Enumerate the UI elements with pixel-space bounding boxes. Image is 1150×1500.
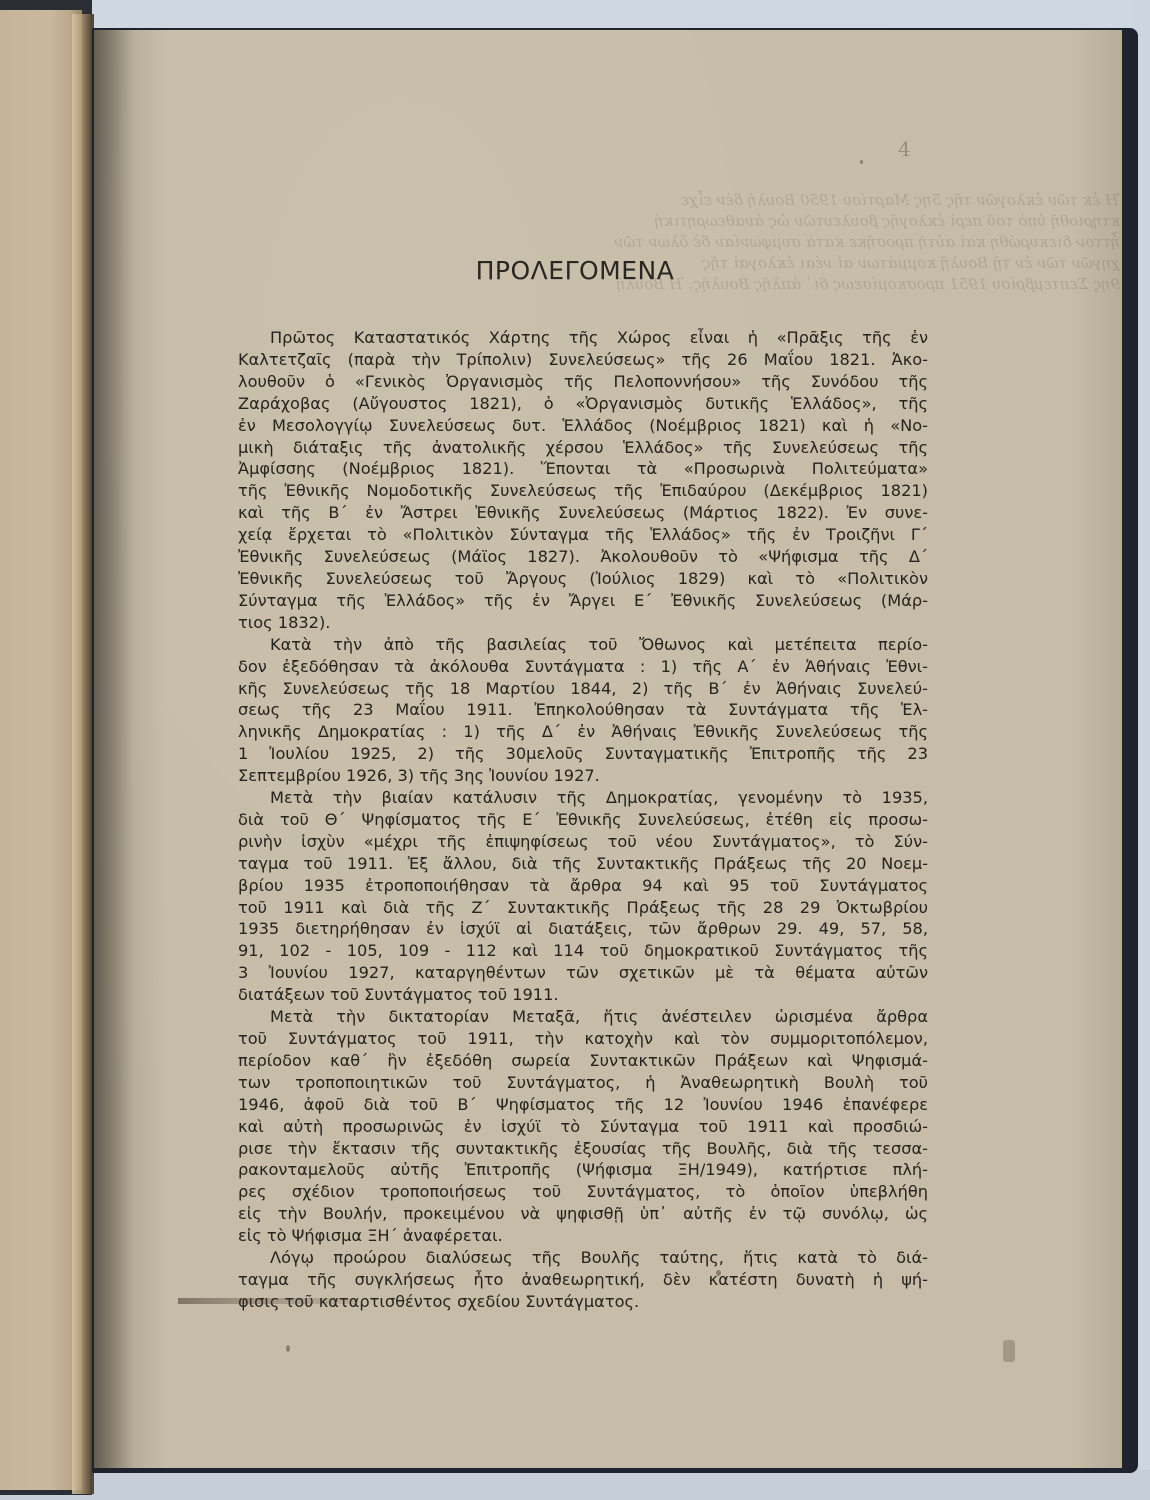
- text-line: 1935 διετηρήθησαν ἐν ἰσχύϊ αἱ διατάξεις,…: [238, 918, 928, 940]
- text-line: σεως τῆς 23 Μαΐου 1911. Ἐπηκολούθησαν τὰ…: [238, 699, 928, 721]
- text-line: Ἀμφίσσης (Νοέμβριος 1821). Ἕπονται τὰ «Π…: [238, 458, 928, 480]
- ink-spot: [716, 1270, 721, 1276]
- text-line: 3 Ἰουνίου 1927, καταργηθέντων τῶν σχετικ…: [238, 962, 928, 984]
- text-line: 1946, ἀφοῦ διὰ τοῦ Β΄ Ψηφίσματος τῆς 12 …: [238, 1094, 928, 1116]
- text-line: καὶ τῆς Β΄ ἐν Ἄστρει Ἐθνικῆς Συνελεύσεως…: [238, 502, 928, 524]
- text-line: των τροποποιητικῶν τοῦ Συντάγματος, ἡ Ἀν…: [238, 1072, 928, 1094]
- body-text: Πρῶτος Καταστατικός Χάρτης τῆς Χώρος εἶν…: [238, 327, 928, 1313]
- stain: [1003, 1340, 1015, 1362]
- page-title: ΠΡΟΛΕΓΟΜΕΝΑ: [0, 256, 1150, 285]
- show-through-line: ἧττον διεκυρώθη καὶ αὐτὴ προσῆκε κατὰ συ…: [840, 232, 1120, 253]
- text-line: τοῦ 1911 καὶ διὰ τῆς Ζ΄ Συντακτικῆς Πράξ…: [238, 897, 928, 919]
- text-line: χείᾳ ἔρχεται τὸ «Πολιτικὸν Σύνταγμα τῆς …: [238, 524, 928, 546]
- text-line: διατάξεων τοῦ Συντάγματος τοῦ 1911.: [238, 984, 928, 1006]
- text-line: Ἐθνικῆς Συνελεύσεως (Μάϊος 1827). Ἀκολου…: [238, 546, 928, 568]
- text-line: Κατὰ τὴν ἀπὸ τῆς βασιλείας τοῦ Ὄθωνος κα…: [238, 634, 928, 656]
- text-line: Ἐθνικῆς Συνελεύσεως τοῦ Ἄργους (Ἰούλιος …: [238, 568, 928, 590]
- book-photo: 4 Ἡ ἐκ τῶν ἐκλογῶν τῆς 5ης Μαρτίου 1950 …: [0, 0, 1150, 1500]
- text-line: Μετὰ τὴν δικτατορίαν Μεταξᾶ, ἥτις ἀνέστε…: [238, 1006, 928, 1028]
- spine-shadow: [94, 30, 134, 1468]
- text-line: ληνικῆς Δημοκρατίας : 1) τῆς Δ΄ ἐν Ἀθήνα…: [238, 721, 928, 743]
- show-through-line: κτηριοθῆ ὑπὸ τοῦ περὶ ἐκλογῆς βουλευτῶν …: [840, 211, 1120, 232]
- paragraph: Μετὰ τὴν βιαίαν κατάλυσιν τῆς Δημοκρατία…: [238, 787, 928, 1006]
- show-through-line: Ἡ ἐκ τῶν ἐκλογῶν τῆς 5ης Μαρτίου 1950 Βο…: [840, 190, 1120, 211]
- text-line: ταγμα τοῦ 1911. Ἐξ ἄλλου, διὰ τῆς Συντακ…: [238, 853, 928, 875]
- text-line: δον ἐξεδόθησαν τὰ ἀκόλουθα Συντάγματα : …: [238, 656, 928, 678]
- text-line: ἐν Μεσολογγίῳ Συνελεύσεως δυτ. Ἑλλάδος (…: [238, 415, 928, 437]
- text-line: ρες σχέδιον τροποποιήσεως τοῦ Συντάγματο…: [238, 1181, 928, 1203]
- text-line: ρινὴν ἰσχὺν «μέχρι τῆς ἐπιψηφίσεως τοῦ ν…: [238, 831, 928, 853]
- text-line: Μετὰ τὴν βιαίαν κατάλυσιν τῆς Δημοκρατία…: [238, 787, 928, 809]
- left-page-edge: [0, 10, 82, 1490]
- text-line: λουθοῦν ὁ «Γενικὸς Ὀργανισμὸς τῆς Πελοπο…: [238, 371, 928, 393]
- paragraph: Κατὰ τὴν ἀπὸ τῆς βασιλείας τοῦ Ὄθωνος κα…: [238, 634, 928, 787]
- text-line: Καλτετζαῖς (παρὰ τὴν Τρίπολιν) Συνελεύσε…: [238, 349, 928, 371]
- text-line: τοῦ Συντάγματος τοῦ 1911, τὴν κατοχὴν κα…: [238, 1028, 928, 1050]
- text-line: διὰ τοῦ Θ΄ Ψηφίσματος τῆς Ε΄ Ἐθνικῆς Συν…: [238, 809, 928, 831]
- page-number: 4: [898, 137, 911, 161]
- ink-smudge: [178, 1298, 358, 1304]
- text-line: ρισε τὴν ἔκτασιν τῆς συντακτικῆς ἐξουσία…: [238, 1138, 928, 1160]
- text-line: Σύνταγμα τῆς Ἑλλάδος» τῆς ἐν Ἄργει Ε΄ Ἐθ…: [238, 590, 928, 612]
- text-line: καὶ αὐτὴ προσωρινῶς ἐν ἰσχύϊ τὸ Σύνταγμα…: [238, 1116, 928, 1138]
- text-line: Πρῶτος Καταστατικός Χάρτης τῆς Χώρος εἶν…: [238, 327, 928, 349]
- text-line: τῆς Ἐθνικῆς Νομοδοτικῆς Συνελεύσεως τῆς …: [238, 480, 928, 502]
- text-line: Λόγῳ προώρου διαλύσεως τῆς Βουλῆς ταύτης…: [238, 1247, 928, 1269]
- text-line: κῆς Συνελεύσεως τῆς 18 Μαρτίου 1844, 2) …: [238, 678, 928, 700]
- text-line: ταγμα τῆς συγκλήσεως ἦτο ἀναθεωρητική, δ…: [238, 1269, 928, 1291]
- left-page-torn-edge: [72, 14, 94, 1494]
- text-line: τιος 1832).: [238, 612, 928, 634]
- text-line: ρακονταμελοῦς αὐτῆς Ἐπιτροπῆς (Ψήφισμα Ξ…: [238, 1159, 928, 1181]
- ink-spot: [286, 1345, 290, 1352]
- paragraph: Μετὰ τὴν δικτατορίαν Μεταξᾶ, ἥτις ἀνέστε…: [238, 1006, 928, 1247]
- text-line: εἰς τὸ Ψήφισμα ΞΗ΄ ἀναφέρεται.: [238, 1225, 928, 1247]
- text-line: Σεπτεμβρίου 1926, 3) τῆς 3ης Ἰουνίου 192…: [238, 765, 928, 787]
- paragraph: Πρῶτος Καταστατικός Χάρτης τῆς Χώρος εἶν…: [238, 327, 928, 634]
- background-surface-bottom: [0, 1470, 1150, 1500]
- text-line: εἰς τὴν Βουλήν, προκειμένου νὰ ψηφισθῇ ὑ…: [238, 1203, 928, 1225]
- ink-spot: [860, 160, 863, 164]
- text-line: βρίου 1935 ἐτροποποιήθησαν τὰ ἄρθρα 94 κ…: [238, 875, 928, 897]
- text-line: 91, 102 - 105, 109 - 112 καὶ 114 τοῦ δημ…: [238, 940, 928, 962]
- text-line: Ζαράχοβας (Αὔγουστος 1821), ὁ «Ὀργανισμὸ…: [238, 393, 928, 415]
- text-line: 1 Ἰουλίου 1925, 2) τῆς 30μελοῦς Συνταγμα…: [238, 743, 928, 765]
- text-line: περίοδον καθ΄ ἣν ἐξεδόθη σωρεία Συντακτι…: [238, 1050, 928, 1072]
- text-line: μικὴ διάταξις τῆς ἀνατολικῆς χέρσου Ἑλλά…: [238, 437, 928, 459]
